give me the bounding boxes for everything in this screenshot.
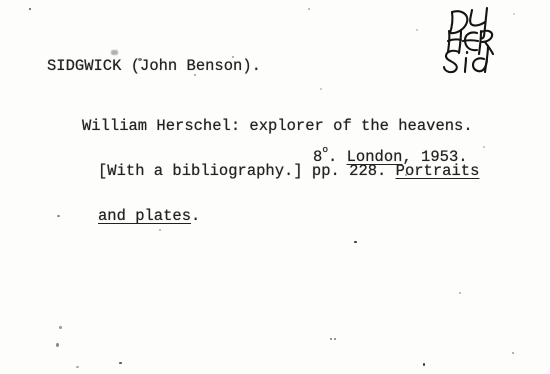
scan-speck — [483, 146, 485, 148]
scan-speck — [459, 292, 461, 294]
scan-speck — [320, 88, 322, 90]
scan-speck — [354, 241, 357, 243]
scan-speck — [416, 29, 418, 31]
scan-speck — [334, 338, 336, 340]
scan-speck — [59, 326, 62, 329]
underlined-and-plates: and plates — [98, 207, 191, 225]
handwritten-shelfmark: D4 HER Sid — [438, 2, 502, 82]
underlined-place-london: London — [347, 148, 403, 166]
collation-line-1: [With a bibliography.] pp. 228. Portrait… — [82, 164, 479, 179]
scan-speck — [159, 229, 161, 231]
scan-speck — [138, 58, 142, 61]
scan-speck — [308, 8, 310, 10]
scan-speck — [423, 363, 425, 366]
handwriting-drawing — [438, 2, 502, 82]
shelfmark-text-line-3: Sid — [438, 82, 439, 83]
shelfmark-text-line-1: D4 — [438, 82, 439, 83]
scan-speck — [232, 56, 234, 58]
imprint-date: , 1953. — [402, 148, 467, 166]
collation-line-2-period: . — [191, 207, 200, 225]
scan-speck — [512, 352, 514, 354]
scan-speck — [405, 174, 407, 176]
scan-smudge — [111, 50, 118, 55]
scan-speck — [56, 343, 59, 347]
scan-speck — [119, 362, 122, 364]
scan-speck — [194, 74, 196, 76]
scan-speck — [76, 366, 79, 368]
scan-speck — [513, 13, 515, 15]
entry-body: William Herschel: explorer of the heaven… — [82, 89, 479, 254]
scan-speck — [330, 338, 332, 340]
title-line: William Herschel: explorer of the heaven… — [82, 119, 479, 134]
collation-line-2: and plates. — [82, 209, 479, 224]
format-number: 8 — [313, 148, 322, 166]
scan-speck — [29, 8, 31, 10]
imprint-line: 8o. London, 1953. — [313, 150, 468, 165]
shelfmark-text-line-2: HER — [438, 82, 439, 83]
imprint-separator: . — [328, 148, 347, 166]
scan-speck — [57, 215, 60, 217]
author-heading: SIDGWICK (John Benson). — [47, 59, 261, 74]
handwriting-line-sid — [444, 46, 488, 72]
library-catalog-card: D4 HER Sid SIDGWICK (John Benson). Willi… — [0, 0, 550, 374]
